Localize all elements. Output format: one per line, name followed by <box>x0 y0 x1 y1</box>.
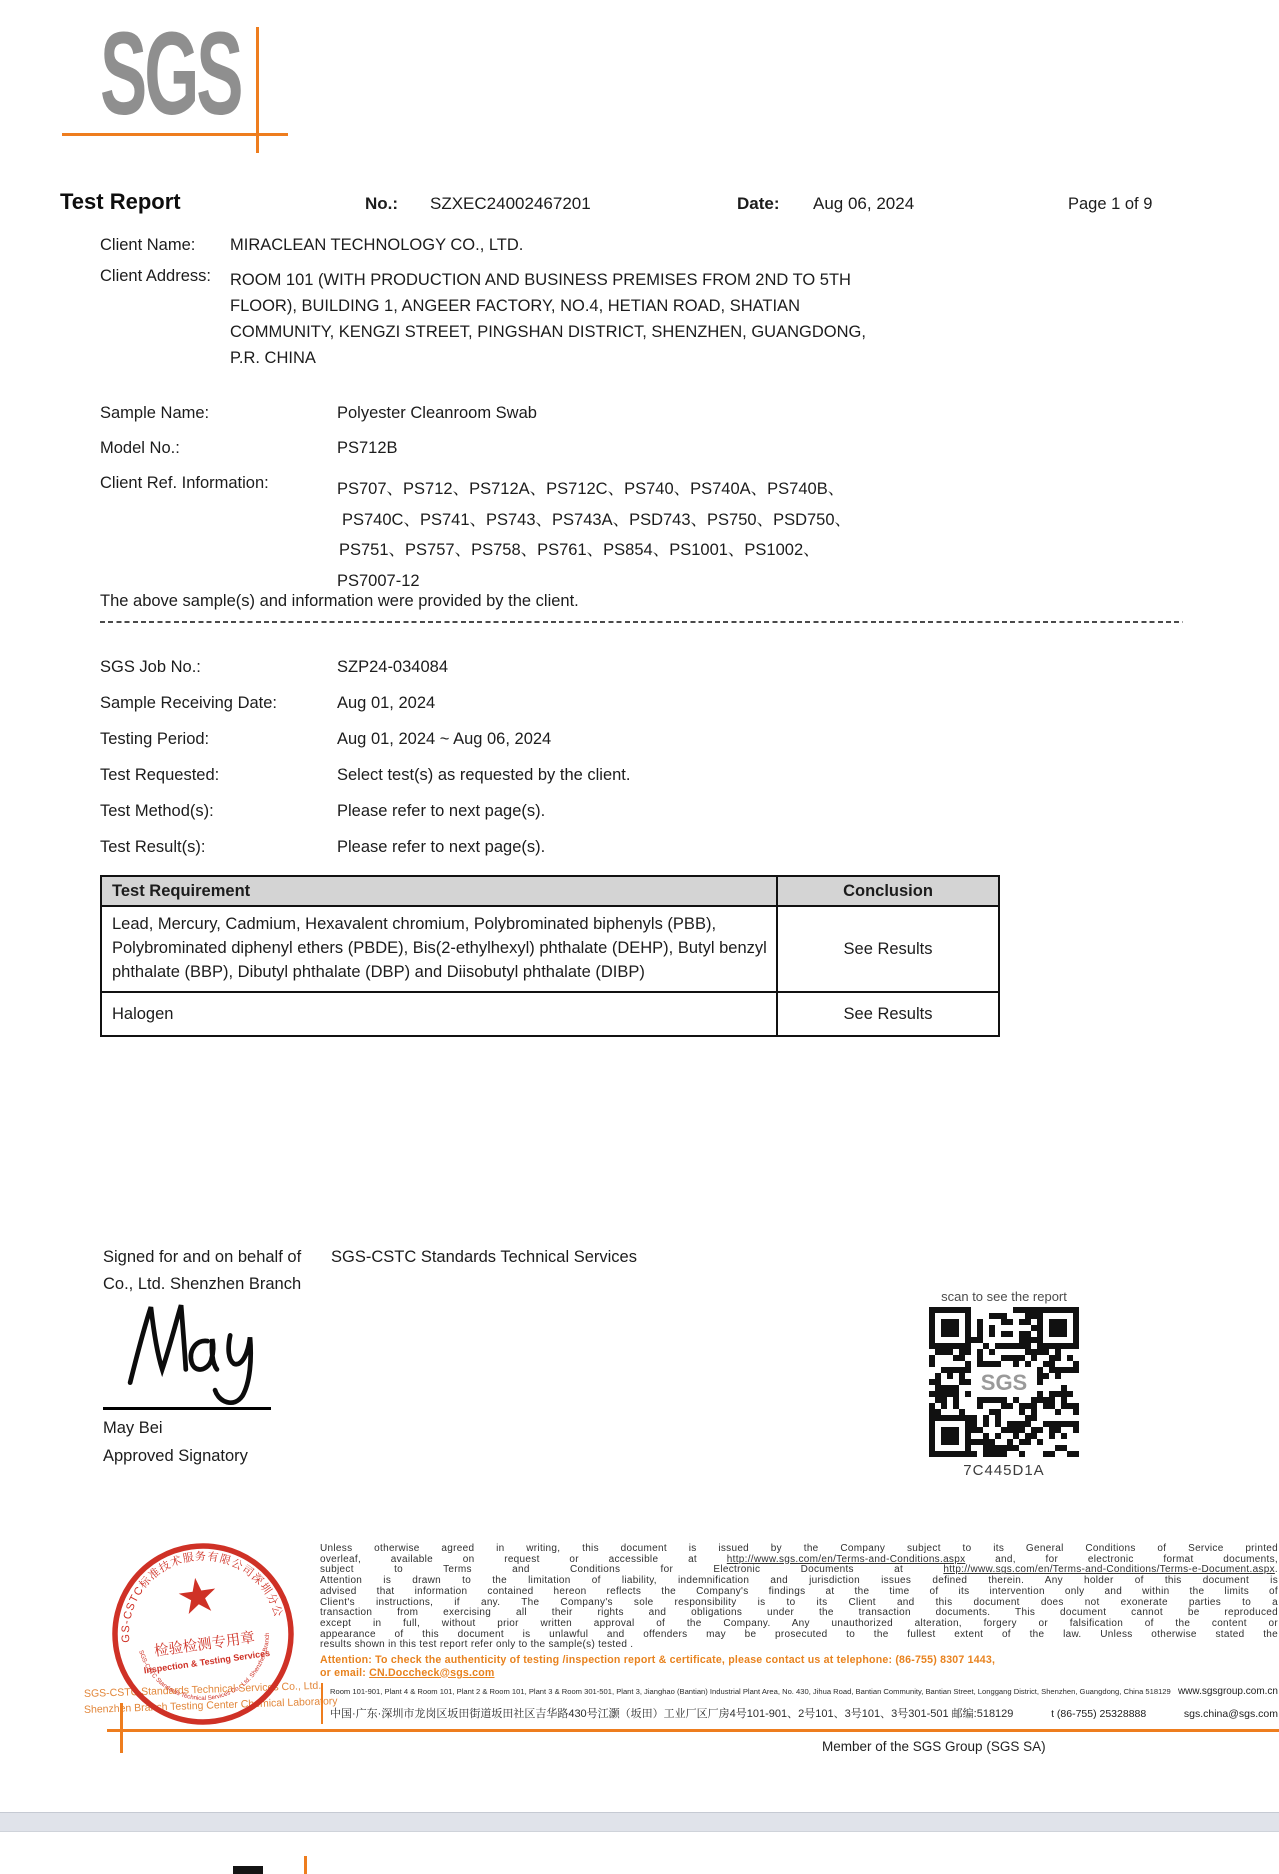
footer-address-en: Room 101-901, Plant 4 & Room 101, Plant … <box>330 1687 1171 1696</box>
report-date-label: Date: <box>737 194 780 214</box>
client-ref-value: PS707、PS712、PS712A、PS712C、PS740、PS740A、P… <box>337 474 851 596</box>
page-separator-band <box>0 1812 1279 1832</box>
conclusion-cell: See Results <box>777 906 999 992</box>
footer-address-row-cn: 中国·广东·深圳市龙岗区坂田街道坂田社区吉华路430号江灏（坂田）工业厂区厂房4… <box>330 1705 1278 1721</box>
requirement-cell: Halogen <box>101 992 777 1036</box>
attention-line: or email: CN.Doccheck@sgs.com <box>320 1667 1278 1680</box>
sgs-job-no-value: SZP24-034084 <box>337 658 448 678</box>
next-page-crosshair-fragment <box>304 1856 307 1874</box>
test-method-label: Test Method(s): <box>100 802 337 822</box>
test-result-label: Test Result(s): <box>100 838 337 858</box>
test-result-value: Please refer to next page(s). <box>337 838 545 858</box>
doccheck-email[interactable]: CN.Doccheck@sgs.com <box>369 1667 494 1679</box>
table-row: Halogen See Results <box>101 992 999 1036</box>
table-header-row: Test Requirement Conclusion <box>101 876 999 906</box>
conclusion-cell: See Results <box>777 992 999 1036</box>
next-page-logo-fragment <box>233 1866 263 1874</box>
signature-block: Signed for and on behalf of Co., Ltd. Sh… <box>103 1244 637 1298</box>
company-seal: SGS-CSTC标准技术服务有限公司深圳分公司 SGS-CSTC Standar… <box>92 1523 313 1744</box>
footer-email[interactable]: sgs.china@sgs.com <box>1184 1708 1278 1720</box>
requirement-cell: Lead, Mercury, Cadmium, Hexavalent chrom… <box>101 906 777 992</box>
client-ref-label: Client Ref. Information: <box>100 474 337 494</box>
sgs-logo: SGS <box>100 28 241 120</box>
logo-crosshair-horizontal <box>62 133 288 136</box>
disclaimer-text: subject to Terms and Conditions for Elec… <box>320 1564 943 1575</box>
test-requirement-header: Test Requirement <box>101 876 777 906</box>
model-no-label: Model No.: <box>100 439 337 459</box>
handwritten-signature <box>112 1292 287 1410</box>
footer-address-divider-bar <box>321 1683 323 1724</box>
client-address-line: FLOOR), BUILDING 1, ANGEER FACTORY, NO.4… <box>230 293 866 319</box>
qr-code: SGS <box>924 1307 1084 1462</box>
logo-crosshair-vertical <box>256 27 259 153</box>
footer-address-cn: 中国·广东·深圳市龙岗区坂田街道坂田社区吉华路430号江灏（坂田）工业厂区厂房4… <box>330 1705 1013 1721</box>
footer-website[interactable]: www.sgsgroup.com.cn <box>1178 1686 1278 1697</box>
disclaimer-text: . <box>1275 1564 1278 1575</box>
attention-line: Attention: To check the authenticity of … <box>320 1654 1278 1667</box>
client-name-label: Client Name: <box>100 236 230 256</box>
sgs-job-no-label: SGS Job No.: <box>100 658 337 678</box>
client-ref-line: PS740C、PS741、PS743、PS743A、PSD743、PS750、P… <box>337 505 851 536</box>
testing-period-value: Aug 01, 2024 ~ Aug 06, 2024 <box>337 730 551 750</box>
test-requested-label: Test Requested: <box>100 766 337 786</box>
footer-crosshair-vertical <box>120 1703 123 1753</box>
client-ref-line: PS707、PS712、PS712A、PS712C、PS740、PS740A、P… <box>337 474 851 505</box>
table-row: Lead, Mercury, Cadmium, Hexavalent chrom… <box>101 906 999 992</box>
client-name-value: MIRACLEAN TECHNOLOGY CO., LTD. <box>230 236 523 256</box>
test-method-value: Please refer to next page(s). <box>337 802 545 822</box>
signature-underline <box>103 1407 271 1410</box>
footer-crosshair-horizontal <box>107 1729 1279 1732</box>
client-address-line: P.R. CHINA <box>230 345 866 371</box>
requirements-table: Test Requirement Conclusion Lead, Mercur… <box>100 875 1000 1037</box>
sample-info-block: Sample Name: Polyester Cleanroom Swab Mo… <box>100 404 1100 596</box>
client-info-block: Client Name: MIRACLEAN TECHNOLOGY CO., L… <box>100 236 1100 371</box>
disclaimer-line: advised that information contained hereo… <box>320 1587 1278 1598</box>
client-address-line: COMMUNITY, KENGZI STREET, PINGSHAN DISTR… <box>230 319 866 345</box>
attention-text: or email: <box>320 1667 369 1679</box>
client-address-line: ROOM 101 (WITH PRODUCTION AND BUSINESS P… <box>230 267 866 293</box>
signing-company: SGS-CSTC Standards Technical Services <box>331 1244 637 1298</box>
job-info-block: SGS Job No.: SZP24-034084 Sample Receivi… <box>100 658 1100 874</box>
footer-tel: t (86-755) 25328888 <box>1051 1708 1146 1720</box>
signatory-name: May Bei <box>103 1419 163 1439</box>
qr-overlay-label: SGS <box>981 1370 1027 1395</box>
sample-name-label: Sample Name: <box>100 404 337 424</box>
seal-star-icon: ★ <box>173 1568 223 1626</box>
report-no-label: No.: <box>365 194 398 214</box>
qr-block: scan to see the report SGS 7C445D1A <box>924 1289 1084 1479</box>
model-no-value: PS712B <box>337 439 398 459</box>
sample-name-value: Polyester Cleanroom Swab <box>337 404 537 424</box>
page-indicator: Page 1 of 9 <box>1068 195 1152 215</box>
terms-url[interactable]: http://www.sgs.com/en/Terms-and-Conditio… <box>727 1554 966 1565</box>
terms-url[interactable]: http://www.sgs.com/en/Terms-and-Conditio… <box>943 1564 1275 1575</box>
footer-address-row-en: Room 101-901, Plant 4 & Room 101, Plant … <box>330 1686 1278 1697</box>
qr-serial: 7C445D1A <box>924 1462 1084 1479</box>
disclaimer-line: results shown in this test report refer … <box>320 1640 1278 1651</box>
test-requested-value: Select test(s) as requested by the clien… <box>337 766 630 786</box>
test-report-page: SGS Test Report No.: SZXEC24002467201 Da… <box>0 0 1279 1874</box>
disclaimer-text: overleaf, available on request or access… <box>320 1554 727 1565</box>
signatory-role: Approved Signatory <box>103 1447 248 1467</box>
disclaimer-text: and, for electronic format documents, <box>965 1554 1278 1565</box>
qr-caption: scan to see the report <box>924 1289 1084 1304</box>
section-divider <box>100 621 1183 623</box>
conclusion-header: Conclusion <box>777 876 999 906</box>
sample-receiving-date-value: Aug 01, 2024 <box>337 694 435 714</box>
signed-for-text: Signed for and on behalf of <box>103 1244 331 1271</box>
sample-receiving-date-label: Sample Receiving Date: <box>100 694 337 714</box>
client-ref-line: PS751、PS757、PS758、PS761、PS854、PS1001、PS1… <box>337 535 851 566</box>
client-address-label: Client Address: <box>100 267 230 287</box>
testing-period-label: Testing Period: <box>100 730 337 750</box>
report-date-value: Aug 06, 2024 <box>813 194 914 214</box>
page-title: Test Report <box>60 189 181 215</box>
client-address-value: ROOM 101 (WITH PRODUCTION AND BUSINESS P… <box>230 267 866 371</box>
report-no-value: SZXEC24002467201 <box>430 194 591 214</box>
sample-note: The above sample(s) and information were… <box>100 592 579 612</box>
member-note: Member of the SGS Group (SGS SA) <box>822 1739 1046 1754</box>
footer-disclaimer: Unless otherwise agreed in writing, this… <box>320 1544 1278 1679</box>
